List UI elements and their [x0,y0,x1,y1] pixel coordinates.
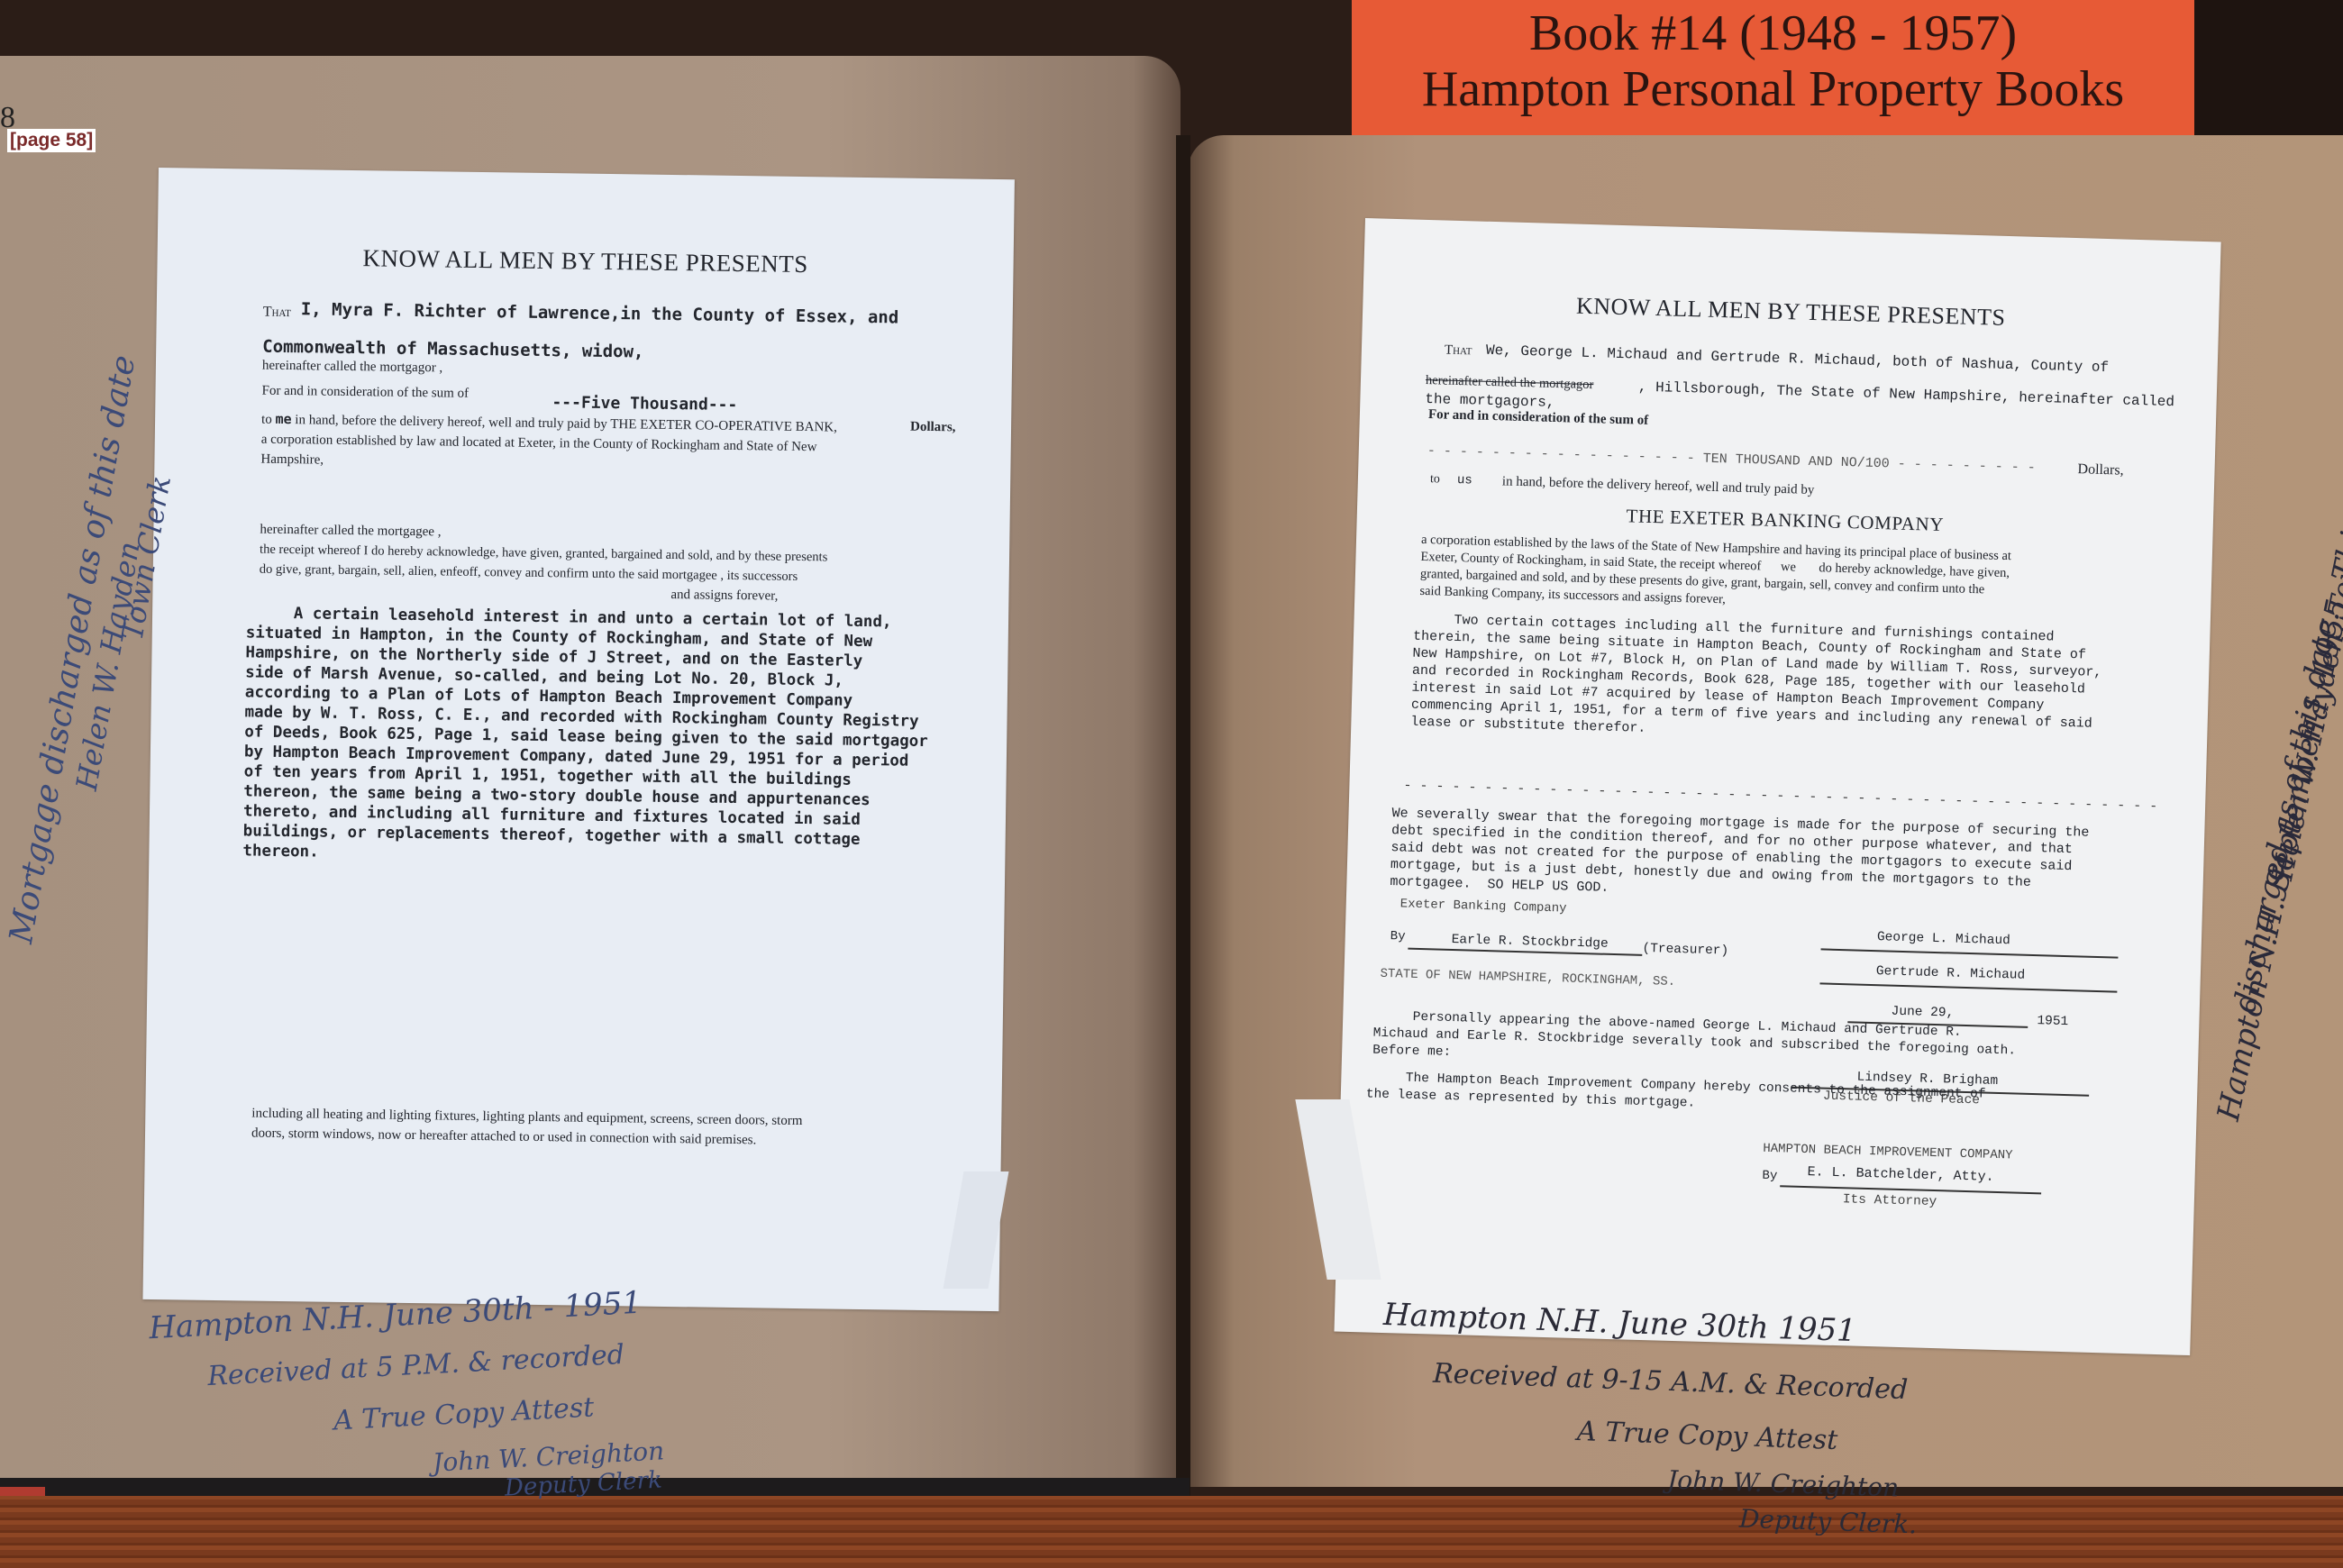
right-that-label: That [1445,343,1472,360]
left-corporation: a corporation established by law and loc… [261,433,817,456]
dash-leader: - - - - - - - - - [1897,457,2035,476]
book-label-strip: Book #14 (1948 - 1957) Hampton Personal … [1352,0,2194,144]
right-mortgagor-line2: , Hillsborough, The State of New Hampshi… [1638,379,2175,411]
signer1-name: George L. Michaud [1877,930,2010,948]
right-mortgagor-line1: We, George L. Michaud and Gertrude R. Mi… [1486,342,2110,376]
left-paid-by: in hand, before the delivery hereof, wel… [295,413,837,434]
oath-year: 1951 [2037,1014,2068,1029]
oath-date: June 29, [1891,1005,1954,1021]
left-sum: ---Five Thousand--- [552,393,737,415]
left-fixtures-line1: including all heating and lighting fixtu… [251,1107,802,1130]
right-struck-text: hereinafter called the mortgagor [1426,373,1594,393]
left-doc-title: KNOW ALL MEN BY THESE PRESENTS [157,242,1013,281]
left-to-me: to me in hand, before the delivery hereo… [261,411,837,436]
right-by-label: By [1390,929,1406,944]
left-that-label: That [263,305,291,321]
signer2-signature-line [1819,982,2117,992]
background-shadow [2194,0,2343,144]
left-called-mortgagee: hereinafter called the mortgagee , [260,523,441,541]
right-sum-line: - - - - - - - - - - - - - - - - - TEN TH… [1427,443,2036,476]
right-oath-text: We severally swear that the foregoing mo… [1390,805,2089,910]
left-to-label: to [261,413,272,427]
right-paid-by: in hand, before the delivery hereof, wel… [1502,474,1815,498]
right-to-label: to [1430,472,1440,487]
right-corporation-text: a corporation established by the laws of… [1419,532,2011,616]
venue: STATE OF NEW HAMPSHIRE, ROCKINGHAM, SS. [1380,967,1675,989]
right-sum: TEN THOUSAND AND NO/100 [1703,451,1890,472]
right-dollars: Dollars, [2077,461,2124,479]
right-to-word: us [1457,473,1472,488]
left-mortgagor-line1: I, Myra F. Richter of Lawrence,in the Co… [301,299,899,327]
left-mortgagor-line2: Commonwealth of Massachusetts, widow, [262,337,644,362]
left-assigns: and assigns forever, [670,588,778,605]
right-company: Exeter Banking Company [1400,897,1567,916]
right-recording-line5: Deputy Clerk. [1738,1504,1917,1540]
left-called-mortgagor: hereinafter called the mortgagor , [262,359,443,377]
left-mortgage-document: KNOW ALL MEN BY THESE PRESENTS That I, M… [142,168,1014,1311]
left-receipt-line: the receipt whereof I do hereby acknowle… [260,542,827,566]
book-series-title: Hampton Personal Property Books [1352,61,2194,117]
left-state-end: Hampshire, [260,452,324,469]
left-dollars: Dollars, [910,420,956,436]
attorney-signature-line [1780,1185,2041,1194]
page-tag: [page 58] [7,129,96,152]
right-property-description: Two certain cottages including all the f… [1410,611,2103,750]
wooden-table [0,1496,2343,1568]
dash-leader: - - - - - - - - - - - - - - - - - [1427,443,1703,467]
right-mortgage-document: KNOW ALL MEN BY THESE PRESENTS That We, … [1334,218,2220,1355]
left-property-description: A certain leasehold interest in and unto… [242,603,930,871]
right-doc-title: KNOW ALL MEN BY THESE PRESENTS [1363,287,2219,338]
left-grant-line: do give, grant, bargain, sell, alien, en… [260,562,798,585]
book-number-title: Book #14 (1948 - 1957) [1352,0,2194,61]
left-fixtures-line2: doors, storm windows, now or hereafter a… [251,1126,756,1149]
treasurer-title: (Treasurer) [1642,942,1728,959]
left-consideration: For and in consideration of the sum of [261,384,469,402]
attorney-name: E. L. Batchelder, Atty. [1807,1164,1993,1185]
attorney-title: Its Attorney [1843,1192,1937,1209]
signer2-name: Gertrude R. Michaud [1876,964,2026,983]
treasurer-name: Earle R. Stockbridge [1451,933,1608,952]
right-consideration: For and in consideration of the sum of [1428,407,1649,429]
left-me-word: me [275,411,291,427]
consent-company: HAMPTON BEACH IMPROVEMENT COMPANY [1763,1142,2013,1163]
attorney-by-label: By [1762,1169,1777,1183]
signer1-signature-line [1821,948,2119,958]
book-spine [1176,135,1190,1505]
